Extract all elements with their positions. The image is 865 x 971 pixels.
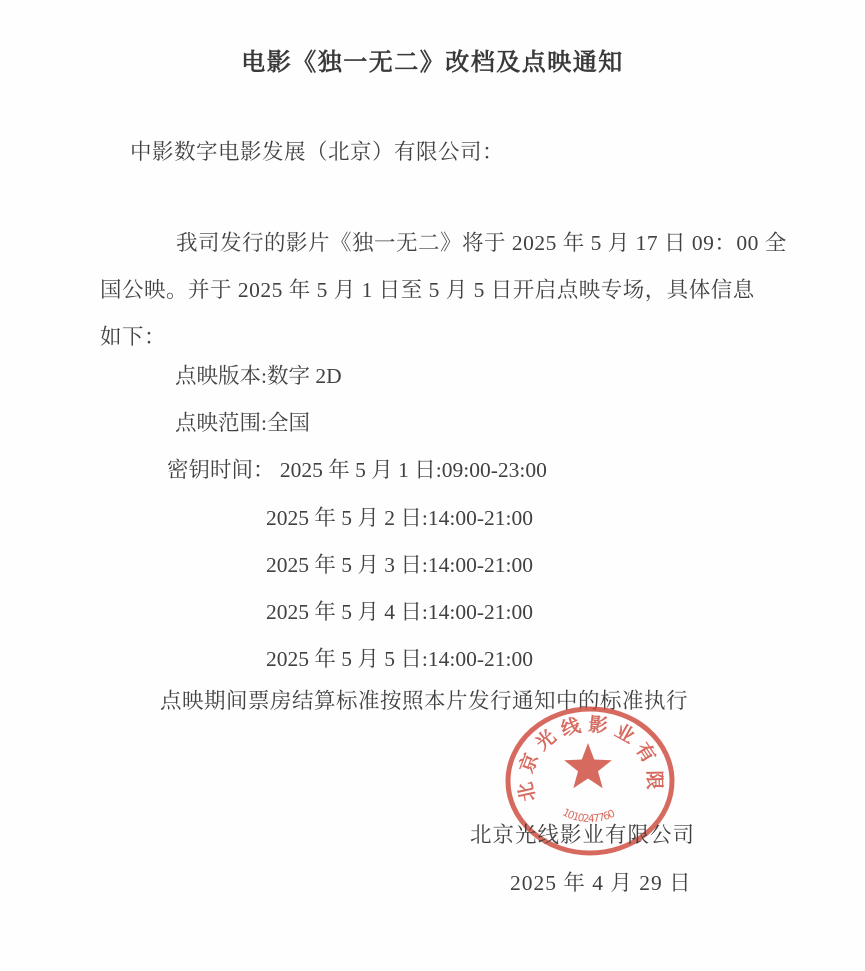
key-time-line-5: 2025 年 5 月 5 日:14:00-21:00 [266,642,533,673]
document-page: 电影《独一无二》改档及点映通知 中影数字电影发展（北京）有限公司： 我司发行的影… [0,0,865,971]
premiere-version-line: 点映版本:数字 2D [175,359,342,390]
body-paragraph-line-1: 我司发行的影片《独一无二》将于 2025 年 5 月 17 日 09：00 全 [176,226,787,257]
key-time-line-3: 2025 年 5 月 3 日:14:00-21:00 [266,548,533,579]
premiere-scope-line: 点映范围:全国 [175,406,310,437]
seal-star-icon [564,743,612,788]
body-paragraph-line-3: 如下： [100,320,166,351]
key-time-line-2: 2025 年 5 月 2 日:14:00-21:00 [266,501,533,532]
addressee-line: 中影数字电影发展（北京）有限公司： [130,135,504,166]
signature-company: 北京光线影业有限公司 [470,818,695,849]
key-time-line-4: 2025 年 5 月 4 日:14:00-21:00 [266,595,533,626]
body-paragraph-line-2: 国公映。并于 2025 年 5 月 1 日至 5 月 5 日开启点映专场，具体信… [100,273,755,304]
document-title: 电影《独一无二》改档及点映通知 [0,42,865,77]
signature-date: 2025 年 4 月 29 日 [510,866,692,897]
key-time-line-1: 密钥时间： 2025 年 5 月 1 日:09:00-23:00 [167,453,547,484]
